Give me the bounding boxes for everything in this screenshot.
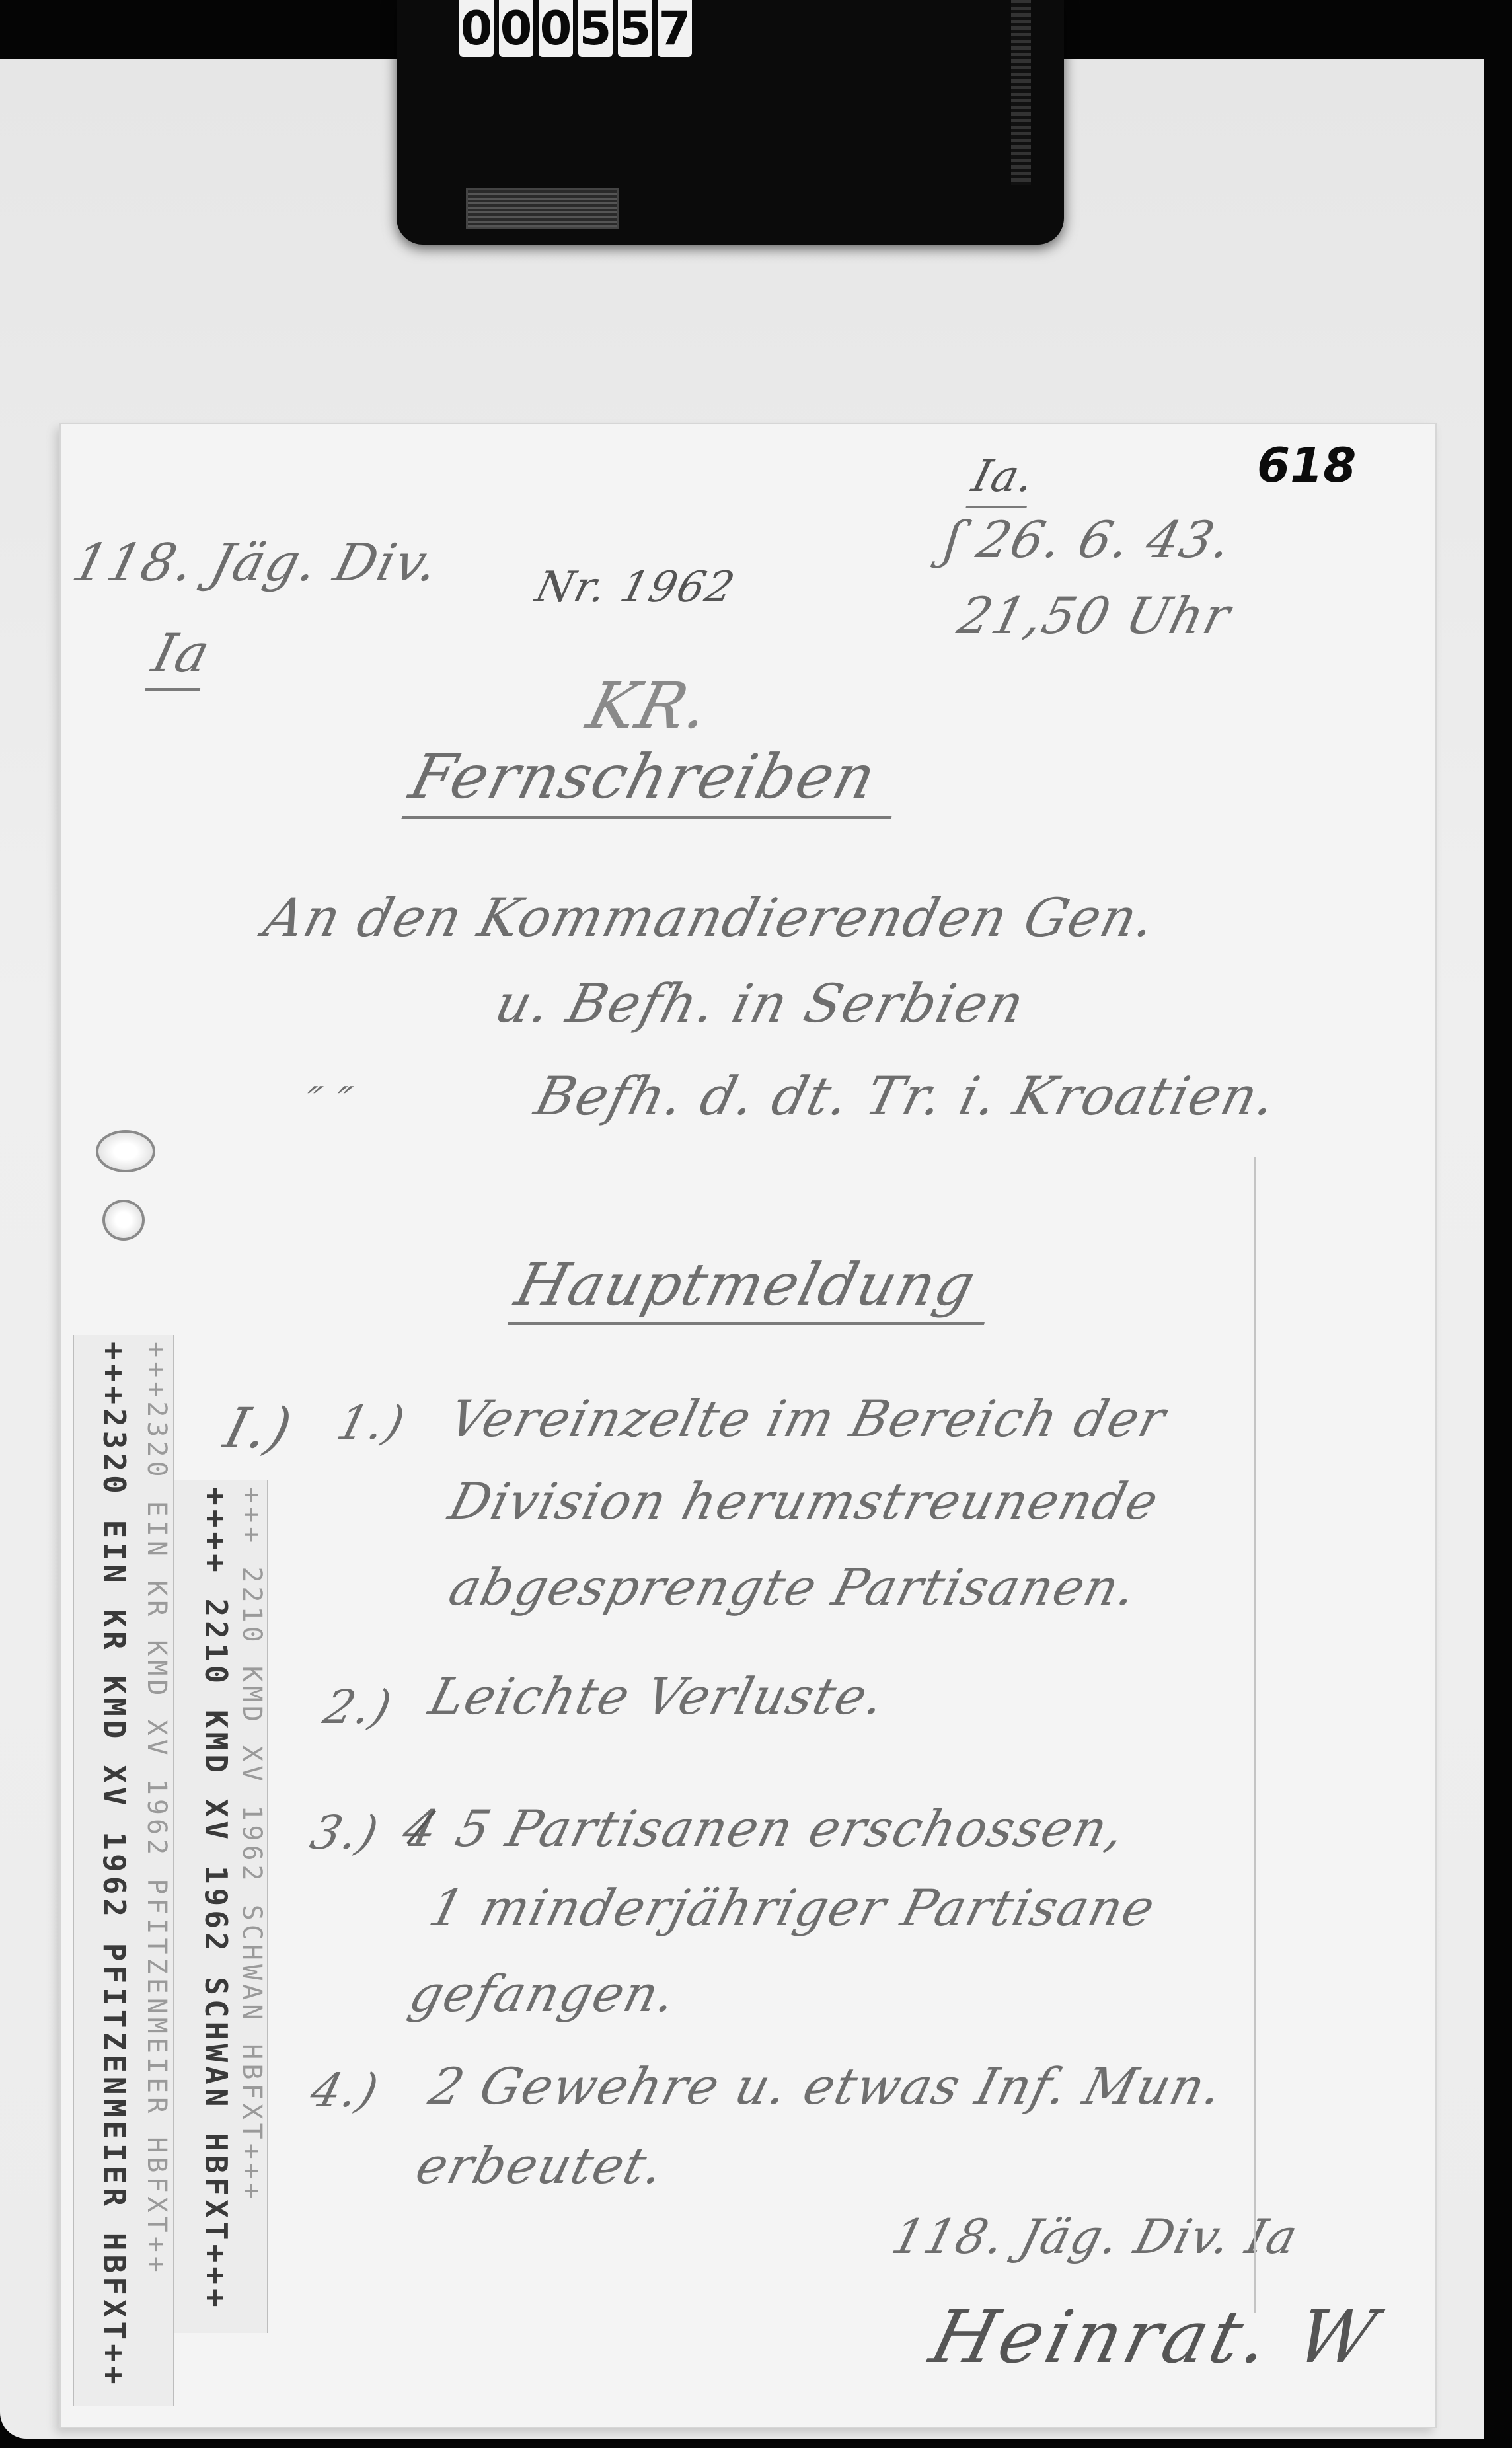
item-number: 4.) bbox=[305, 2063, 385, 2118]
addressee-line-1: An den Kommandierenden Gen. bbox=[258, 887, 1162, 948]
punch-hole bbox=[96, 1130, 155, 1172]
counter-knob bbox=[1011, 0, 1031, 185]
counter-digit: 0 bbox=[539, 0, 573, 57]
item-2-line: Leichte Verluste. bbox=[424, 1667, 891, 1726]
item-3-line: gefangen. bbox=[404, 1964, 683, 2023]
item-1-line: abgesprengte Partisanen. bbox=[443, 1558, 1144, 1617]
item-1-line: Vereinzelte im Bereich der bbox=[443, 1389, 1172, 1448]
item-number: 1.) bbox=[332, 1396, 412, 1450]
date-value: 26. 6. 43. bbox=[971, 510, 1239, 569]
subject-heading: Hauptmeldung bbox=[508, 1250, 1002, 1325]
teletype-strip-1: +++2320 EIN KR KMD XV 1962 PFITZENMEIER … bbox=[73, 1335, 174, 2406]
counter-digit: 0 bbox=[459, 0, 494, 57]
addressee-line-2: u. Befh. in Serbien bbox=[489, 973, 1031, 1034]
priority-mark: KR. bbox=[580, 669, 718, 743]
item-3-struck-number: 4 bbox=[397, 1799, 445, 1858]
counter-label-plate bbox=[466, 188, 619, 229]
counter-digit: 0 bbox=[499, 0, 533, 57]
item-3-line: 5 Partisanen erschossen, bbox=[450, 1799, 1132, 1858]
addressee-line-3: Befh. d. dt. Tr. i. Kroatien. bbox=[529, 1065, 1283, 1127]
item-number: 2.) bbox=[319, 1680, 398, 1734]
teletype-strip-1-text: +++2320 EIN KR KMD XV 1962 PFITZENMEIER … bbox=[96, 1342, 132, 2389]
margin-rule bbox=[1254, 1157, 1256, 2313]
teletype-strip-2-text: ++++ 2210 KMD XV 1962 SCHWAN HBFXT+++ bbox=[198, 1487, 234, 2311]
punch-hole bbox=[102, 1200, 145, 1241]
header-right-section: Ia. bbox=[965, 451, 1041, 508]
document-title: Fernschreiben bbox=[401, 742, 910, 819]
item-3-line: 1 minderjähriger Partisane bbox=[424, 1878, 1162, 1937]
struck-digit: 4 bbox=[397, 1799, 445, 1858]
item-1-line: Division herumstreunende bbox=[443, 1472, 1165, 1531]
film-counter: 0 0 0 5 5 7 bbox=[397, 0, 1064, 245]
counter-digit: 5 bbox=[618, 0, 652, 57]
page-stamp-number: 618 bbox=[1257, 438, 1356, 493]
counter-digits: 0 0 0 5 5 7 bbox=[459, 0, 692, 57]
reference-number: Nr. 1962 bbox=[531, 563, 741, 612]
section-numeral: I.) bbox=[218, 1396, 299, 1461]
teletype-strip-1-ghost: +++2320 EIN KR KMD XV 1962 PFITZENMEIER … bbox=[141, 1342, 172, 2276]
signature-unit-line: 118. Jäg. Div. Ia bbox=[887, 2209, 1304, 2264]
item-4-line: 2 Gewehre u. etwas Inf. Mun. bbox=[424, 2057, 1230, 2116]
item-number: 3.) bbox=[305, 1806, 385, 1860]
header-date: ʃ 26. 6. 43. bbox=[939, 510, 1239, 569]
counter-digit: 5 bbox=[578, 0, 613, 57]
header-section: Ia bbox=[145, 623, 217, 691]
item-4-line: erbeutet. bbox=[410, 2136, 671, 2195]
ditto-marks: ″ ″ bbox=[299, 1079, 357, 1125]
header-unit: 118. Jäg. Div. bbox=[67, 533, 445, 593]
teletype-strip-2: ++++ 2210 KMD XV 1962 SCHWAN HBFXT+++ ++… bbox=[173, 1480, 268, 2333]
counter-digit: 7 bbox=[658, 0, 692, 57]
teletype-strip-2-ghost: +++ 2210 KMD XV 1962 SCHWAN HBFXT+++ bbox=[237, 1487, 267, 2203]
signature: Heinrat. W bbox=[923, 2295, 1388, 2379]
header-time: 21,50 Uhr bbox=[952, 586, 1237, 645]
